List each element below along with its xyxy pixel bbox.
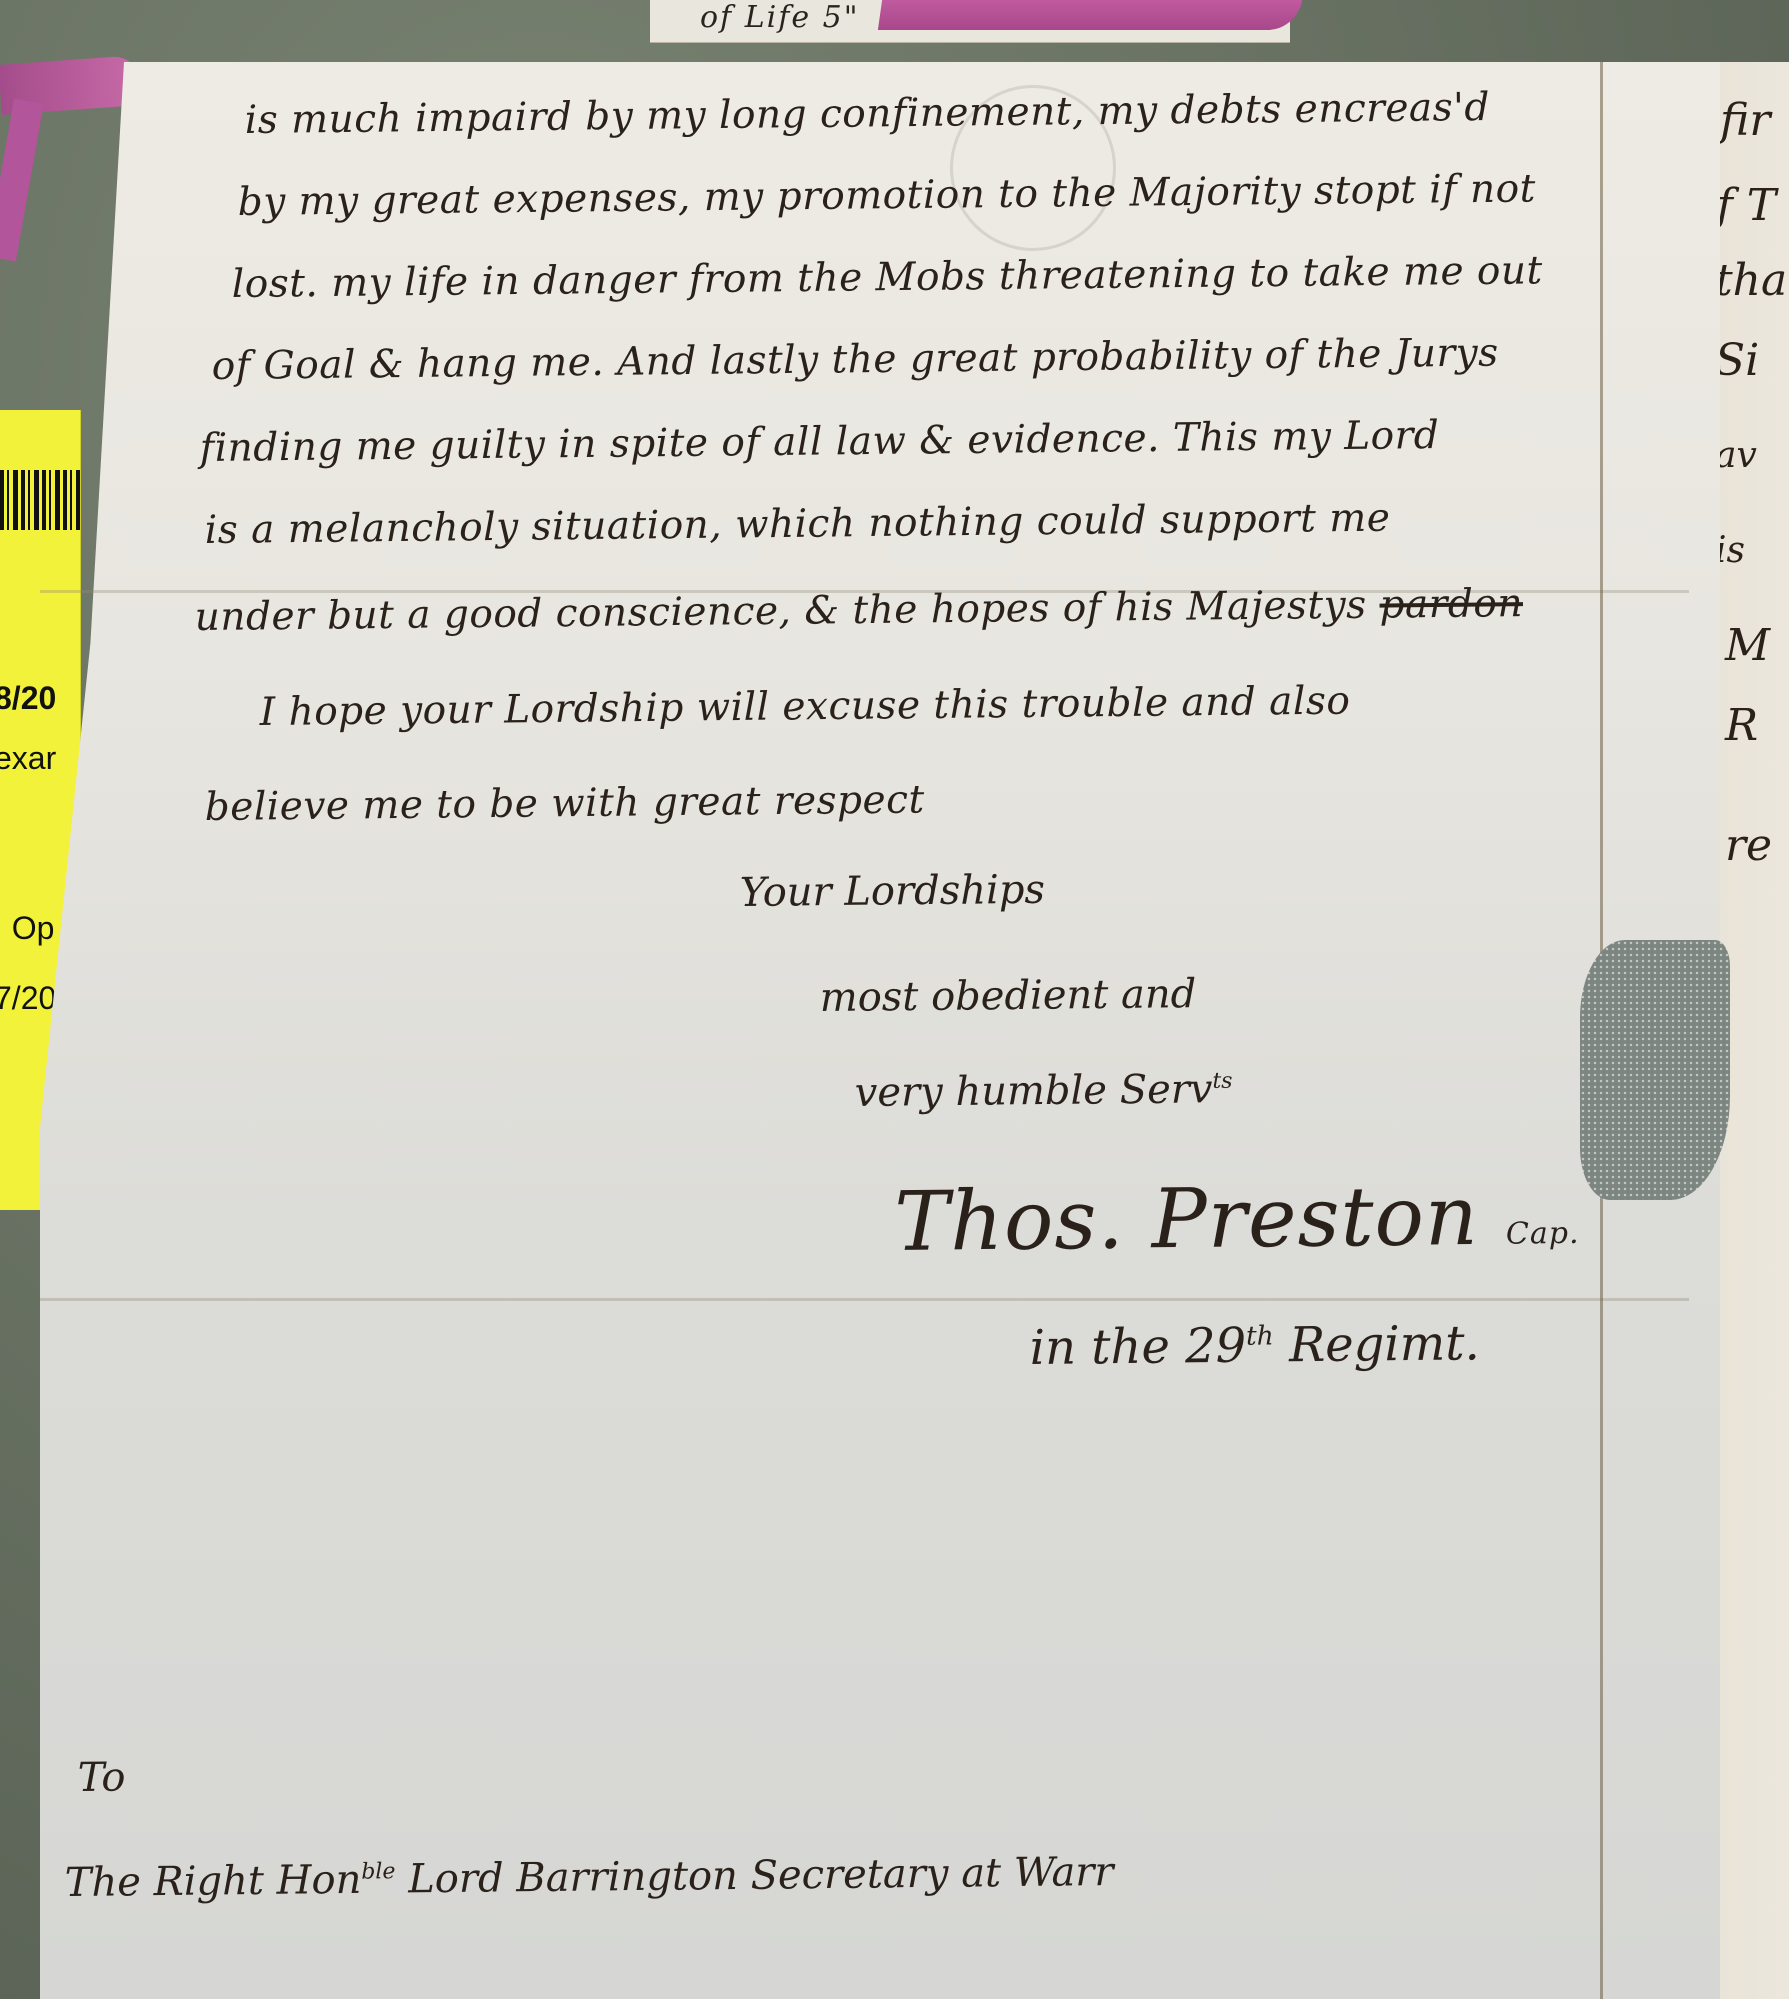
paper-tear	[1580, 940, 1730, 1200]
address-to: To	[78, 1755, 126, 1801]
right-page-fragment: R	[1725, 700, 1758, 751]
label-text-1: exar	[0, 740, 56, 777]
letter-line: believe me to be with great respect	[205, 777, 925, 830]
right-page-fragment: av	[1715, 435, 1757, 476]
address-post: Lord Barrington Secretary at Warr	[395, 1849, 1114, 1903]
regiment-pre: in the 29	[1029, 1318, 1246, 1376]
regiment-post: Regimt.	[1273, 1315, 1480, 1373]
closing-line: Your Lordships	[740, 867, 1046, 916]
closing-superscript: ts	[1212, 1069, 1232, 1094]
signature: Thos. Preston Cap.	[894, 1168, 1580, 1270]
ribbon-top	[878, 0, 1302, 30]
struck-word: pardon	[1379, 581, 1523, 627]
right-page-fragment: M	[1725, 620, 1770, 671]
label-date-1: 8/20	[0, 680, 56, 717]
regiment-sup: th	[1246, 1320, 1274, 1351]
signature-rank: Cap.	[1506, 1216, 1580, 1252]
address-pre: The Right Hon	[65, 1857, 362, 1906]
fold-line	[40, 1298, 1689, 1301]
barcode-icon	[0, 470, 80, 530]
label-text-2: . Op	[0, 910, 54, 947]
right-page-fragment: fir	[1720, 95, 1770, 146]
signature-name: Thos. Preston	[894, 1169, 1479, 1270]
regiment-line: in the 29th Regimt.	[1029, 1315, 1480, 1376]
label-date-2: 7/20	[0, 980, 56, 1017]
right-page-fragment: re	[1725, 820, 1772, 871]
closing-line: very humble Servts	[855, 1066, 1233, 1116]
back-page-text: of Life 5"	[700, 0, 860, 35]
closing-line: most obedient and	[820, 971, 1197, 1021]
right-page-fragment: Si	[1715, 335, 1759, 386]
right-page-fragment: tha	[1715, 255, 1787, 306]
address-sup: ble	[361, 1859, 395, 1884]
closing-text: very humble Serv	[855, 1066, 1213, 1116]
